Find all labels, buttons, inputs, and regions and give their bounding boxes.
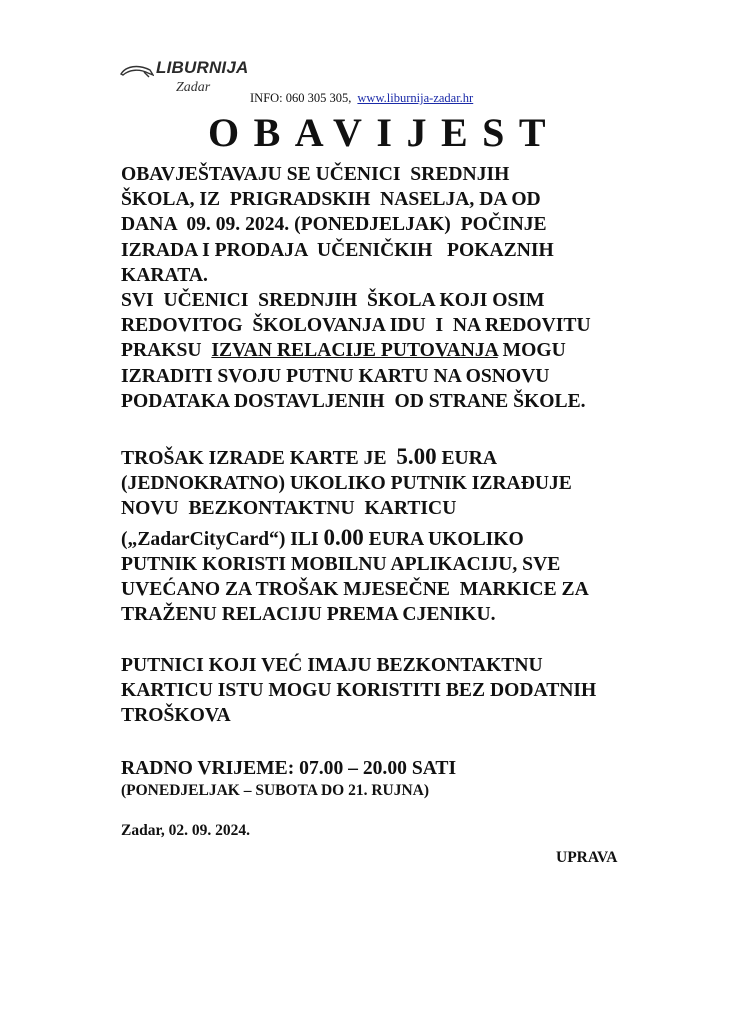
text-line: (JEDNOKRATNO) UKOLIKO PUTNIK IZRAĐUJE <box>121 471 589 496</box>
text-line: PRAKSU IZVAN RELACIJE PUTOVANJA MOGU <box>121 338 591 363</box>
text-fragment: MOGU <box>498 340 566 361</box>
text-line: NOVU BEZKONTAKTNU KARTICU <box>121 496 589 521</box>
text-line: REDOVITOG ŠKOLOVANJA IDU I NA REDOVITU <box>121 313 591 338</box>
text-fragment: PRAKSU <box>121 340 211 361</box>
text-line: KARTICU ISTU MOGU KORISTITI BEZ DODATNIH <box>121 678 596 703</box>
text-fragment: EURA UKOLIKO <box>364 529 524 550</box>
text-line: TROŠKOVA <box>121 703 596 728</box>
underlined-emphasis: IZVAN RELACIJE PUTOVANJA <box>211 340 497 361</box>
text-fragment: EURA <box>437 448 497 469</box>
info-phone: INFO: 060 305 305, <box>250 91 351 105</box>
text-line: IZRADITI SVOJU PUTNU KARTU NA OSNOVU <box>121 364 591 389</box>
text-fragment: TROŠAK IZRADE KARTE JE <box>121 448 396 469</box>
paragraph-existing-card: PUTNICI KOJI VEĆ IMAJU BEZKONTAKTNUKARTI… <box>121 653 596 729</box>
liburnija-logo: LIBURNIJA Zadar <box>120 58 250 108</box>
text-line: ŠKOLA, IZ PRIGRADSKIH NASELJA, DA OD <box>121 187 554 212</box>
paragraph-cost: TROŠAK IZRADE KARTE JE 5.00 EURA(JEDNOKR… <box>121 444 589 627</box>
text-line: PUTNIK KORISTI MOBILNU APLIKACIJU, SVE <box>121 552 589 577</box>
dolphin-logo-icon <box>120 64 154 78</box>
text-line: KARATA. <box>121 263 554 288</box>
paragraph-intro: OBAVJEŠTAVAJU SE UČENICI SREDNJIHŠKOLA, … <box>121 162 554 288</box>
place-date: Zadar, 02. 09. 2024. <box>121 822 250 840</box>
contact-info: INFO: 060 305 305,www.liburnija-zadar.hr <box>250 91 473 106</box>
text-fragment: („ZadarCityCard“) ILI <box>121 529 323 550</box>
text-line: TROŠAK IZRADE KARTE JE 5.00 EURA <box>121 444 589 471</box>
text-line: („ZadarCityCard“) ILI 0.00 EURA UKOLIKO <box>121 525 589 552</box>
paragraph-practice: SVI UČENICI SREDNJIH ŠKOLA KOJI OSIMREDO… <box>121 288 591 414</box>
text-line: UVEĆANO ZA TROŠAK MJESEČNE MARKICE ZA <box>121 577 589 602</box>
signature: UPRAVA <box>556 849 617 867</box>
working-hours-note: (PONEDJELJAK – SUBOTA DO 21. RUJNA) <box>121 782 429 800</box>
website-link[interactable]: www.liburnija-zadar.hr <box>357 91 473 105</box>
notice-page: LIBURNIJA Zadar INFO: 060 305 305,www.li… <box>0 0 729 1030</box>
page-title: OBAVIJEST <box>208 109 560 156</box>
text-line: PODATAKA DOSTAVLJENIH OD STRANE ŠKOLE. <box>121 389 591 414</box>
text-line: SVI UČENICI SREDNJIH ŠKOLA KOJI OSIM <box>121 288 591 313</box>
working-hours: RADNO VRIJEME: 07.00 – 20.00 SATI <box>121 757 456 781</box>
price-new-card: 5.00 <box>396 444 436 469</box>
text-line: OBAVJEŠTAVAJU SE UČENICI SREDNJIH <box>121 162 554 187</box>
text-line: TRAŽENU RELACIJU PREMA CJENIKU. <box>121 602 589 627</box>
logo-name: LIBURNIJA <box>156 58 248 78</box>
text-line: IZRADA I PRODAJA UČENIČKIH POKAZNIH <box>121 238 554 263</box>
price-app: 0.00 <box>323 525 363 550</box>
logo-subtitle: Zadar <box>176 80 210 96</box>
text-line: DANA 09. 09. 2024. (PONEDJELJAK) POČINJE <box>121 212 554 237</box>
text-line: PUTNICI KOJI VEĆ IMAJU BEZKONTAKTNU <box>121 653 596 678</box>
